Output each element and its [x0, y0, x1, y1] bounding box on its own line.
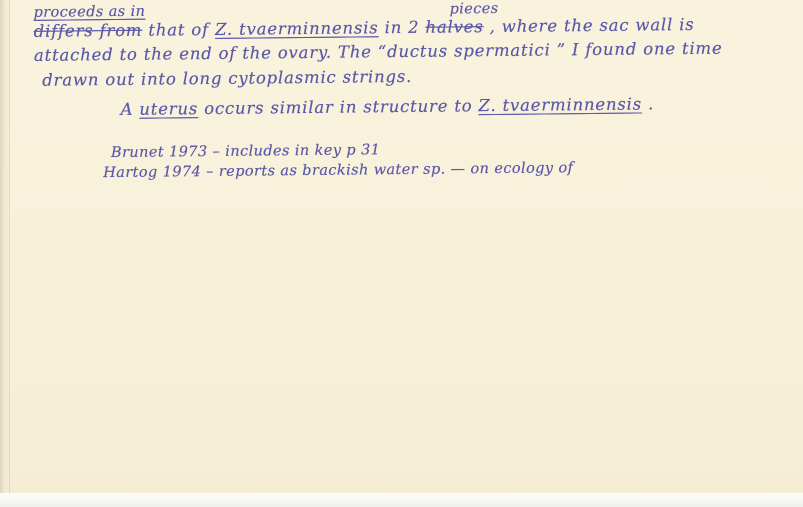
struck-out-differs-from: differs from [34, 21, 143, 41]
handwriting-layer: proceeds as in pieces differs from that … [0, 0, 803, 497]
scanned-note-card: proceeds as in pieces differs from that … [0, 0, 803, 507]
line1-text-b: in 2 [384, 18, 419, 37]
reference-hartog-1974: Hartog 1974 – reports as brackish water … [103, 160, 573, 181]
line4-text-a: A [120, 100, 133, 119]
note-line-3: drawn out into long cytoplasmic strings. [42, 67, 412, 90]
line4-text-b: occurs similar in structure to [204, 96, 472, 118]
struck-out-word: halves [425, 17, 483, 37]
insertion-pieces: pieces [449, 1, 498, 18]
line1-text-c: , where the sac wall is [490, 15, 695, 36]
reference-brunet-1973: Brunet 1973 – includes in key p 31 [111, 142, 380, 161]
species-name-underlined-1: Z. tvaerminnensis [215, 18, 379, 39]
line4-period: . [648, 94, 654, 113]
scanner-background-strip [0, 493, 803, 507]
note-line-4: A uterus occurs similar in structure to … [120, 94, 654, 119]
species-name-underlined-2: Z. tvaerminnensis [478, 94, 642, 115]
word-uterus-underlined: uterus [139, 99, 198, 119]
index-card-paper: proceeds as in pieces differs from that … [0, 0, 803, 493]
insertion-proceeds-as-in: proceeds as in [33, 4, 145, 21]
line1-text-a: that of [148, 20, 209, 40]
note-line-2: attached to the end of the ovary. The “d… [34, 39, 723, 65]
